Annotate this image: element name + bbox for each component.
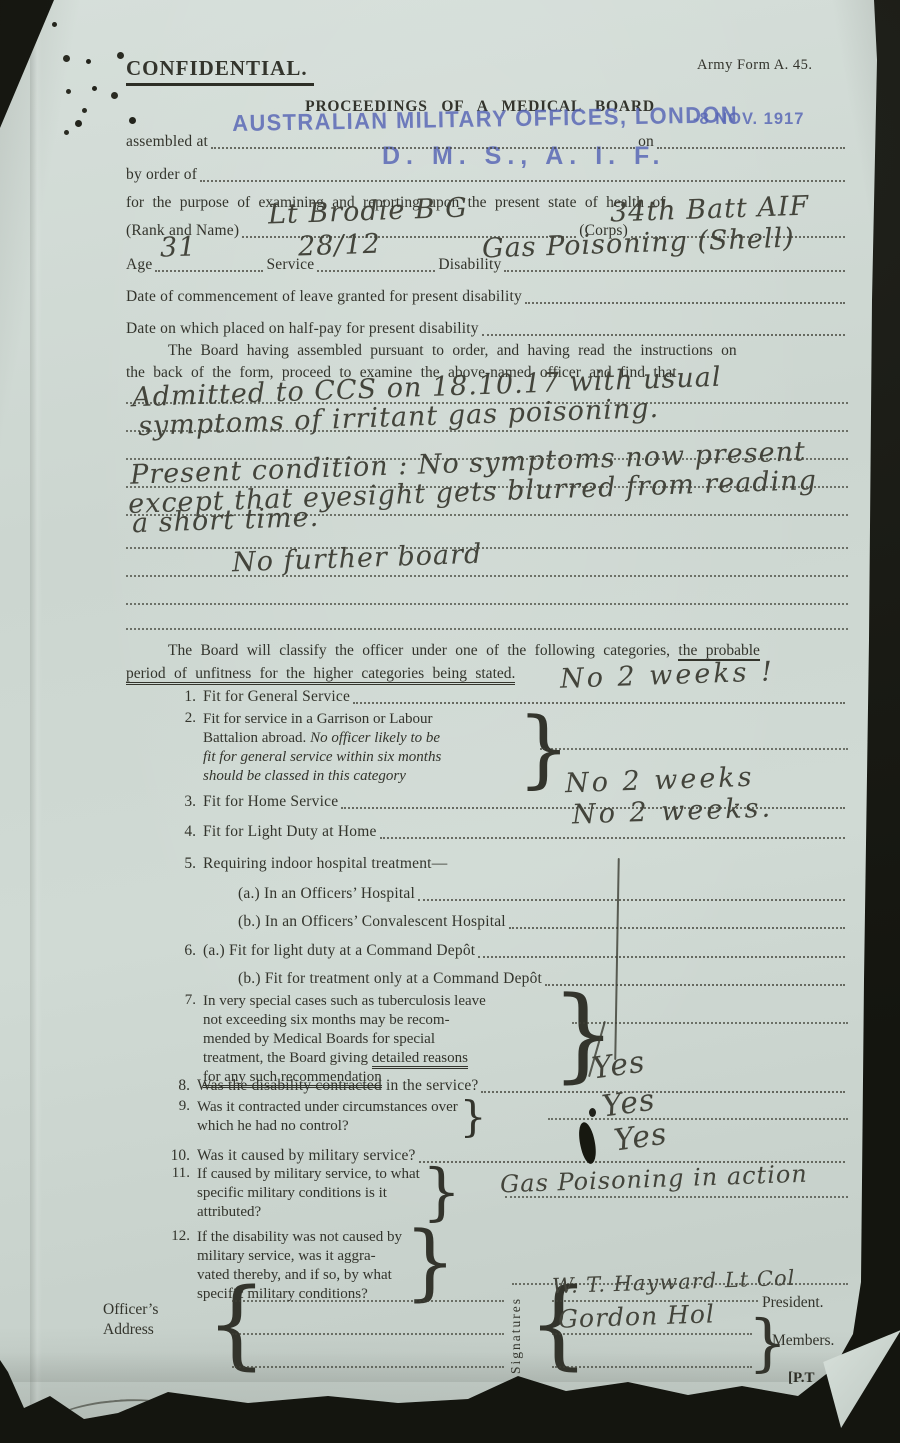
confidential-heading: CONFIDENTIAL. [126, 56, 314, 86]
category-6a-row: 6. (a.) Fit for light duty at a Command … [170, 942, 848, 960]
officers-address-line: Officer’s [103, 1300, 158, 1320]
dotted-line [509, 915, 845, 929]
category-2-line: Fit for service in a Garrison or Labour [203, 710, 515, 729]
officers-address-label: Officer’s Address [103, 1300, 158, 1340]
dotted-line [232, 1333, 504, 1335]
category-9-line: which he had no control? [197, 1117, 458, 1136]
right-brace: } [422, 1161, 461, 1223]
dotted-line [232, 1300, 504, 1302]
item-number: 9. [164, 1098, 190, 1115]
category-11-line: specific military conditions is it [197, 1184, 420, 1203]
age-entry: 31 [159, 231, 196, 263]
category-2-note: should be classed in this category [203, 767, 515, 786]
item-number: 10. [164, 1147, 190, 1165]
page-turn-marker: [P.T [788, 1370, 815, 1387]
classify-intro-line2: period of unfitness for the higher categ… [126, 663, 515, 685]
dotted-line [478, 944, 845, 958]
category-11-entry: Gas Poisoning in action [500, 1160, 809, 1199]
service-entry: 28/12 [297, 229, 381, 263]
category-7-underlined: detailed reasons [372, 1050, 468, 1069]
category-11-line: If caused by military service, to what [197, 1165, 420, 1184]
item-number: 8. [164, 1077, 190, 1095]
item-number: 11. [164, 1165, 190, 1182]
category-6a-label: (a.) Fit for light duty at a Command Dep… [203, 942, 475, 960]
item-number: 12. [164, 1228, 190, 1245]
category-8-entry: Yes [590, 1044, 648, 1086]
category-2-label: Fit for service in a Garrison or Labour … [203, 710, 515, 786]
item-number: 6. [170, 942, 196, 960]
half-pay-label: Date on which placed on half-pay for pre… [126, 320, 479, 338]
category-12-line: If the disability was not caused by [197, 1228, 402, 1247]
category-7-line: treatment, the Board giving detailed rea… [203, 1049, 551, 1068]
classify-intro-underlined: period of unfitness for the higher categ… [126, 665, 515, 685]
officers-address-line: Address [103, 1320, 158, 1340]
item-number: 5. [170, 855, 196, 873]
category-7-label: In very special cases such as tuberculos… [203, 992, 551, 1087]
dotted-line [525, 290, 845, 304]
category-8-row: 8. Was the disability contracted in the … [164, 1077, 848, 1095]
category-9-label: Was it contracted under circumstances ov… [197, 1098, 458, 1136]
category-7-line: In very special cases such as tuberculos… [203, 992, 551, 1011]
category-10-entry: Yes [612, 1116, 670, 1158]
item-number: 3. [170, 793, 196, 811]
category-2-text: Battalion abroad. [203, 730, 306, 746]
category-7-line: mended by Medical Boards for special [203, 1030, 551, 1049]
category-7-block: 7. In very special cases such as tubercu… [170, 992, 616, 1087]
on-label: on [638, 133, 654, 151]
item-number: 4. [170, 823, 196, 841]
scanned-form-page: CONFIDENTIAL. Army Form A. 45. PROCEEDIN… [0, 0, 900, 1443]
category-6b-label: (b.) Fit for treatment only at a Command… [238, 970, 542, 988]
category-2-note: No officer likely to be [310, 730, 440, 746]
half-pay-row: Date on which placed on half-pay for pre… [126, 320, 848, 338]
category-9-line: Was it contracted under circumstances ov… [197, 1098, 458, 1117]
assembled-at-label: assembled at [126, 133, 208, 151]
age-label: Age [126, 256, 152, 274]
category-3-label: Fit for Home Service [203, 793, 338, 811]
category-2-block: 2. Fit for service in a Garrison or Labo… [170, 710, 570, 790]
category-8-label: Was the disability contracted in the ser… [197, 1077, 478, 1095]
category-11-line: attributed? [197, 1203, 420, 1222]
dotted-line [211, 135, 635, 149]
category-2-note: fit for general service within six month… [203, 748, 515, 767]
category-5b-label: (b.) In an Officers’ Convalescent Hospit… [238, 913, 506, 931]
category-2-line: Battalion abroad. No officer likely to b… [203, 729, 515, 748]
pencil-mark [44, 1394, 187, 1443]
form-number: Army Form A. 45. [697, 57, 813, 74]
category-5a-label: (a.) In an Officers’ Hospital [238, 885, 415, 903]
category-5-row: 5. Requiring indoor hospital treatment— [170, 855, 447, 873]
dotted-line [126, 603, 848, 605]
signatures-label: Signatures [508, 1282, 524, 1374]
by-order-row: by order of [126, 166, 848, 184]
dotted-line [657, 135, 845, 149]
ink-spots [52, 22, 57, 27]
right-brace: } [404, 1222, 456, 1304]
assembled-at-row: assembled at on [126, 133, 848, 151]
left-brace: { [206, 1276, 267, 1372]
category-9-block: 9. Was it contracted under circumstances… [164, 1098, 487, 1138]
category-5b-row: (b.) In an Officers’ Convalescent Hospit… [238, 913, 848, 931]
members-label: Members. [772, 1330, 834, 1352]
paper-crease [30, 0, 42, 1443]
dotted-line [552, 1366, 752, 1368]
category-4-label: Fit for Light Duty at Home [203, 823, 377, 841]
category-1-label: Fit for General Service [203, 688, 350, 706]
dotted-line [548, 1118, 848, 1120]
category-5-label: Requiring indoor hospital treatment— [203, 855, 447, 873]
category-4-row: 4. Fit for Light Duty at Home [170, 823, 848, 841]
item-number: 2. [170, 710, 196, 727]
item-number: 1. [170, 688, 196, 706]
dotted-line [232, 1366, 504, 1368]
classify-intro-text: The Board will classify the officer unde… [168, 642, 670, 659]
by-order-label: by order of [126, 166, 197, 184]
dotted-line [552, 1333, 752, 1335]
category-1-row: 1. Fit for General Service [170, 688, 848, 706]
dotted-line [126, 628, 848, 630]
dotted-line [572, 1022, 848, 1024]
category-12-line: military service, was it aggra- [197, 1247, 402, 1266]
findings-entry: No further board [232, 539, 483, 579]
ink-blot [589, 1108, 596, 1117]
category-10-label: Was it caused by military service? [197, 1147, 416, 1165]
dotted-line [481, 1079, 845, 1093]
dotted-line [482, 322, 845, 336]
leave-date-row: Date of commencement of leave granted fo… [126, 288, 848, 306]
dotted-line [418, 887, 845, 901]
board-assembled-line1: The Board having assembled pursuant to o… [126, 340, 852, 362]
category-11-label: If caused by military service, to what s… [197, 1165, 420, 1222]
member-signature: Gordon Hol [558, 1299, 716, 1333]
category-7-text: treatment, the Board giving [203, 1050, 368, 1066]
date-stamp: -8 NOV. 1917 [693, 110, 804, 129]
category-7-line: not exceeding six months may be recom- [203, 1011, 551, 1030]
leave-date-label: Date of commencement of leave granted fo… [126, 288, 522, 306]
right-brace: } [460, 1096, 487, 1138]
dotted-line [540, 748, 848, 750]
item-number: 7. [170, 992, 196, 1009]
dotted-line [200, 168, 845, 182]
category-5a-row: (a.) In an Officers’ Hospital [238, 885, 848, 903]
findings-entry: a short time. [132, 502, 320, 540]
category-6b-row: (b.) Fit for treatment only at a Command… [238, 970, 848, 988]
